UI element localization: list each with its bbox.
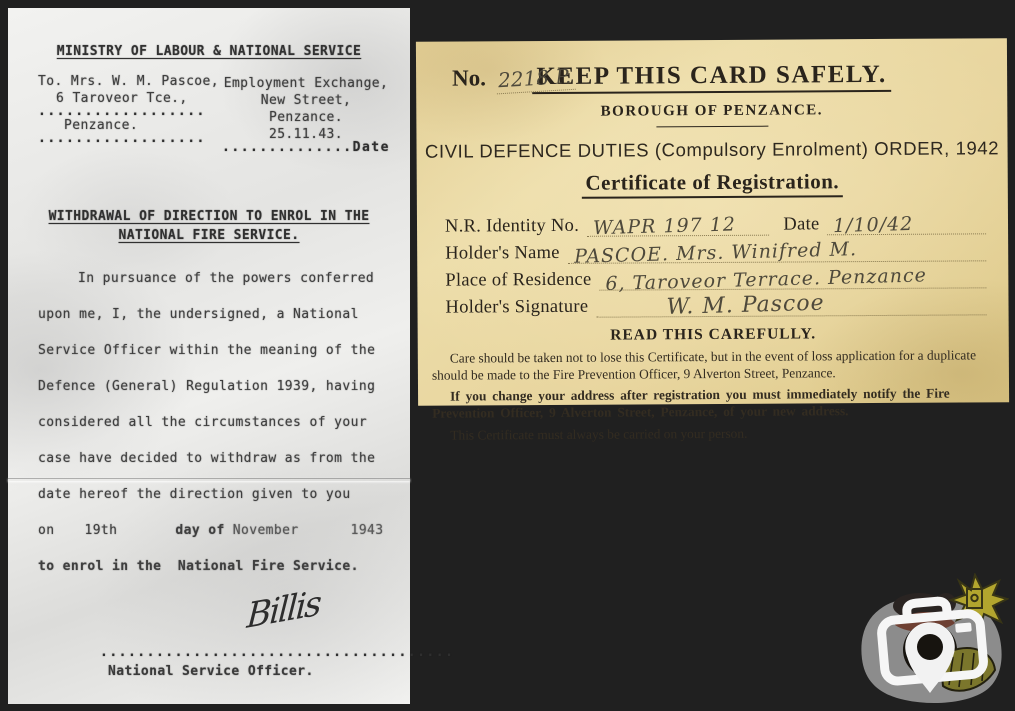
sender-office: Employment Exchange,: [220, 75, 392, 92]
certificate-title-text: Certificate of Registration.: [581, 169, 843, 199]
dotted-rule: ..................: [38, 107, 223, 117]
watermark-logo: [853, 573, 1009, 711]
signature-dotted-rule: ......................................: [100, 648, 350, 658]
recipient-address: To. Mrs. W. M. Pascoe, 6 Taroveor Tce., …: [38, 73, 223, 144]
day-of-label: day of: [175, 513, 224, 549]
name-label: Holder's Name: [445, 243, 560, 265]
date-value: 1/10/42: [833, 213, 914, 237]
certificate-title: Certificate of Registration.: [417, 168, 1008, 197]
residence-label: Place of Residence: [445, 270, 591, 292]
camera-location-logo-icon: [853, 573, 1009, 711]
date-label: Date: [783, 214, 819, 235]
field-row-residence: Place of Residence 6, Taroveor Terrace. …: [445, 261, 986, 291]
order-line: CIVIL DEFENCE DUTIES (Compulsory Enrolme…: [416, 137, 1007, 163]
subject-line-1: WITHDRAWAL OF DIRECTION TO ENROL IN THE: [8, 207, 410, 226]
signatory-title: National Service Officer.: [108, 664, 314, 679]
letter-heading: MINISTRY OF LABOUR & NATIONAL SERVICE: [8, 44, 410, 59]
body-line: date hereof the direction given to you: [38, 477, 386, 513]
card-number-value: 2218 P.: [495, 64, 575, 95]
holder-signature-value: W. M. Pascoe: [666, 291, 825, 320]
on-label: on: [38, 513, 54, 549]
letter-subject: WITHDRAWAL OF DIRECTION TO ENROL IN THE …: [8, 207, 410, 245]
notice-title: READ THIS CAREFULLY.: [418, 324, 1009, 346]
year-value: 1943: [351, 513, 384, 549]
card-title-text: KEEP THIS CARD SAFELY.: [532, 61, 890, 94]
sender-town: Penzance.: [220, 109, 392, 126]
body-line: In pursuance of the powers conferred: [38, 261, 386, 297]
identity-value: WAPR 197 12: [593, 213, 736, 239]
photo-collage: MINISTRY OF LABOUR & NATIONAL SERVICE To…: [0, 0, 1015, 711]
card-number-row: No. 2218 P.: [452, 65, 575, 93]
card-number-label: No.: [452, 65, 486, 90]
card-fields: N.R. Identity No. WAPR 197 12 Date 1/10/…: [445, 207, 987, 318]
body-line: case have decided to withdraw as from th…: [38, 441, 386, 477]
card-subtitle: BOROUGH OF PENZANCE.: [416, 101, 1007, 122]
dotted-rule: ..................: [38, 134, 223, 144]
subject-line-2: NATIONAL FIRE SERVICE.: [8, 226, 410, 245]
field-row-identity: N.R. Identity No. WAPR 197 12 Date 1/10/…: [445, 207, 986, 237]
effective-date-line: on 19th day of November 1943: [8, 513, 410, 549]
signature-label: Holder's Signature: [445, 297, 588, 319]
letter-address-block: To. Mrs. W. M. Pascoe, 6 Taroveor Tce., …: [8, 73, 410, 173]
signature-value-line: W. M. Pascoe: [596, 314, 986, 317]
day-value: 19th: [84, 513, 117, 549]
notice-paragraph-1: Care should be taken not to lose this Ce…: [432, 346, 995, 384]
body-line: considered all the circumstances of your: [38, 405, 386, 441]
notice-paragraph-2: If you change your address after registr…: [432, 385, 995, 423]
recipient-name: To. Mrs. W. M. Pascoe,: [38, 73, 223, 90]
field-row-name: Holder's Name PASCOE. Mrs. Winifred M.: [445, 234, 986, 264]
month-value: November: [233, 513, 299, 549]
body-line: upon me, I, the undersigned, a National: [38, 297, 386, 333]
sender-address: Employment Exchange, New Street, Penzanc…: [220, 75, 392, 153]
paper-crease: [8, 478, 410, 481]
subtitle-rule: [656, 126, 768, 128]
identity-label: N.R. Identity No.: [445, 216, 579, 238]
letter-document: MINISTRY OF LABOUR & NATIONAL SERVICE To…: [8, 8, 410, 704]
registration-card: No. 2218 P. KEEP THIS CARD SAFELY. BOROU…: [416, 38, 1009, 406]
body-line: Defence (General) Regulation 1939, havin…: [38, 369, 386, 405]
field-row-signature: Holder's Signature W. M. Pascoe: [445, 288, 986, 318]
letter-body: In pursuance of the powers conferred upo…: [8, 261, 410, 513]
notice-paragraph-3: This Certificate must always be carried …: [432, 423, 995, 444]
date-dotted-rule: ..............Date: [220, 143, 392, 153]
sender-street: New Street,: [220, 92, 392, 109]
body-line: Service Officer within the meaning of th…: [38, 333, 386, 369]
